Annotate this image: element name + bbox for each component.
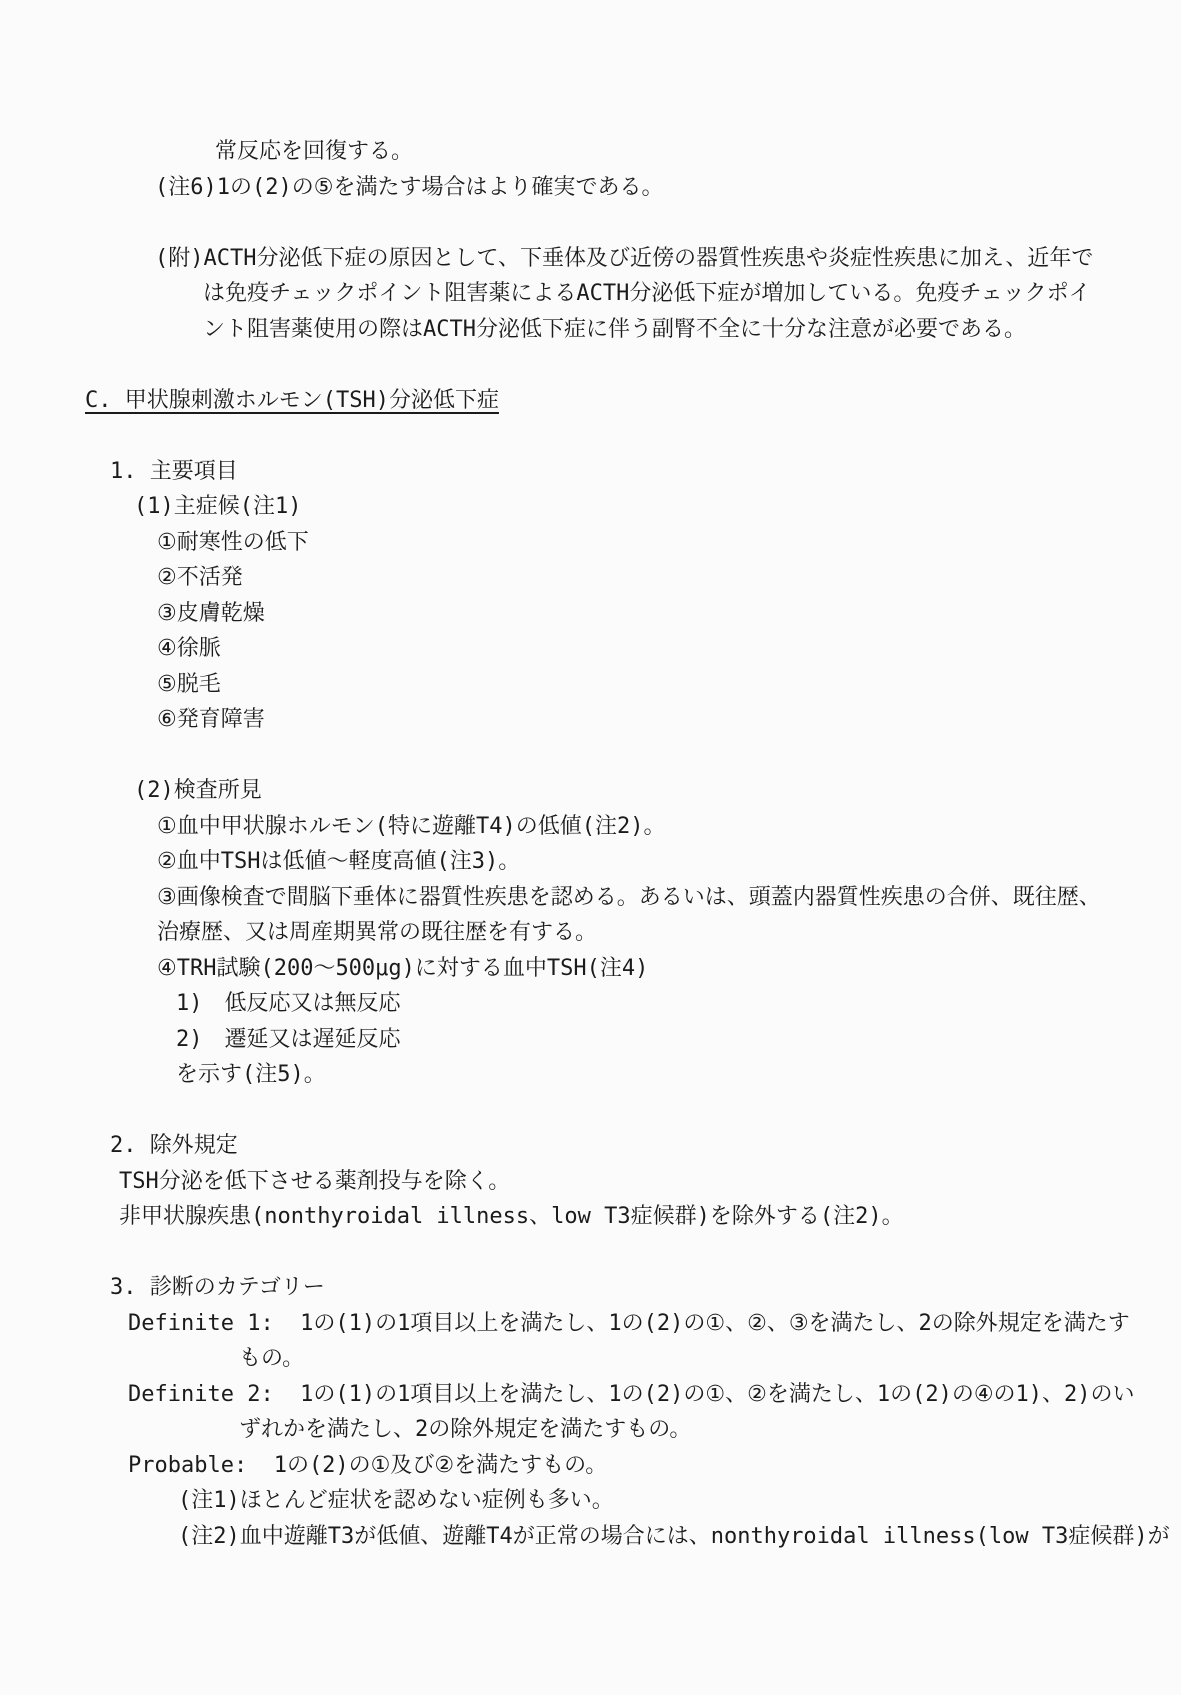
document-line: 2. 除外規定 [0,1128,1181,1164]
document-line: (附)ACTH分泌低下症の原因として、下垂体及び近傍の器質性疾患や炎症性疾患に加… [0,241,1181,277]
line-text: 治療歴、又は周産期異常の既往歴を有する。 [157,920,597,945]
blank-line [0,1093,1181,1129]
document-line: TSH分泌を低下させる薬剤投与を除く。 [0,1164,1181,1200]
line-text: 非甲状腺疾患(nonthyroidal illness、low T3症候群)を除… [119,1204,904,1229]
line-text: Probable: 1の(2)の①及び②を満たすもの。 [128,1453,607,1478]
document-line: 1) 低反応又は無反応 [0,986,1181,1022]
section-heading-text: C. 甲状腺刺激ホルモン(TSH)分泌低下症 [85,388,499,413]
section-heading: C. 甲状腺刺激ホルモン(TSH)分泌低下症 [0,383,1181,419]
line-text: (注1)ほとんど症状を認めない症例も多い。 [178,1488,614,1513]
document-line: ント阻害薬使用の際はACTH分泌低下症に伴う副腎不全に十分な注意が必要である。 [0,312,1181,348]
document-line: ②不活発 [0,560,1181,596]
line-text: ント阻害薬使用の際はACTH分泌低下症に伴う副腎不全に十分な注意が必要である。 [203,317,1026,342]
line-text: ずれかを満たし、2の除外規定を満たすもの。 [239,1417,691,1442]
line-text: 1) 低反応又は無反応 [176,991,401,1016]
line-text: ④徐脈 [157,636,221,661]
line-text: 1. 主要項目 [110,459,238,484]
document-line: 非甲状腺疾患(nonthyroidal illness、low T3症候群)を除… [0,1199,1181,1235]
document-line: ⑥発育障害 [0,702,1181,738]
line-text: ⑤脱毛 [157,672,221,697]
document-line: 治療歴、又は周産期異常の既往歴を有する。 [0,915,1181,951]
line-text: 2) 遷延又は遅延反応 [176,1027,401,1052]
blank-line [0,738,1181,774]
line-text: ②不活発 [157,565,243,590]
document-body: 常反応を回復する。(注6)1の(2)の⑤を満たす場合はより確実である。(附)AC… [0,134,1181,1554]
document-line: ずれかを満たし、2の除外規定を満たすもの。 [0,1412,1181,1448]
line-text: Definite 1: 1の(1)の1項目以上を満たし、1の(2)の①、②、③を… [128,1311,1130,1336]
line-text: ④TRH試験(200〜500μg)に対する血中TSH(注4) [157,956,648,981]
line-text: を示す(注5)。 [176,1062,326,1087]
line-text: (1)主症候(注1) [134,494,301,519]
document-line: 1. 主要項目 [0,454,1181,490]
document-line: 3. 診断のカテゴリー [0,1270,1181,1306]
document-line: を示す(注5)。 [0,1057,1181,1093]
line-text: 常反応を回復する。 [215,139,413,164]
blank-line [0,1235,1181,1271]
blank-line [0,418,1181,454]
document-line: ②血中TSHは低値〜軽度高値(注3)。 [0,844,1181,880]
document-line: は免疫チェックポイント阻害薬によるACTH分泌低下症が増加している。免疫チェック… [0,276,1181,312]
line-text: ③皮膚乾燥 [157,601,265,626]
line-text: ③画像検査で間脳下垂体に器質性疾患を認める。あるいは、頭蓋内器質性疾患の合併、既… [157,885,1101,910]
document-line: ④徐脈 [0,631,1181,667]
document-line: Probable: 1の(2)の①及び②を満たすもの。 [0,1448,1181,1484]
document-line: ③画像検査で間脳下垂体に器質性疾患を認める。あるいは、頭蓋内器質性疾患の合併、既… [0,880,1181,916]
line-text: (注2)血中遊離T3が低値、遊離T4が正常の場合には、nonthyroidal … [178,1524,1170,1549]
line-text: (2)検査所見 [134,778,262,803]
document-line: (注1)ほとんど症状を認めない症例も多い。 [0,1483,1181,1519]
document-line: ④TRH試験(200〜500μg)に対する血中TSH(注4) [0,951,1181,987]
document-line: ③皮膚乾燥 [0,596,1181,632]
line-text: ①血中甲状腺ホルモン(特に遊離T4)の低値(注2)。 [157,814,665,839]
document-line: 常反応を回復する。 [0,134,1181,170]
line-text: Definite 2: 1の(1)の1項目以上を満たし、1の(2)の①、②を満た… [128,1382,1135,1407]
document-page: 常反応を回復する。(注6)1の(2)の⑤を満たす場合はより確実である。(附)AC… [0,0,1181,1695]
document-line: 2) 遷延又は遅延反応 [0,1022,1181,1058]
line-text: ②血中TSHは低値〜軽度高値(注3)。 [157,849,520,874]
document-line: Definite 2: 1の(1)の1項目以上を満たし、1の(2)の①、②を満た… [0,1377,1181,1413]
document-line: (注2)血中遊離T3が低値、遊離T4が正常の場合には、nonthyroidal … [0,1519,1181,1555]
blank-line [0,347,1181,383]
line-text: は免疫チェックポイント阻害薬によるACTH分泌低下症が増加している。免疫チェック… [203,281,1091,306]
document-line: ①耐寒性の低下 [0,525,1181,561]
document-line: (1)主症候(注1) [0,489,1181,525]
blank-line [0,205,1181,241]
line-text: ⑥発育障害 [157,707,265,732]
document-line: もの。 [0,1341,1181,1377]
line-text: (注6)1の(2)の⑤を満たす場合はより確実である。 [155,175,663,200]
line-text: もの。 [239,1346,304,1371]
document-line: (注6)1の(2)の⑤を満たす場合はより確実である。 [0,170,1181,206]
line-text: (附)ACTH分泌低下症の原因として、下垂体及び近傍の器質性疾患や炎症性疾患に加… [155,246,1093,271]
document-line: ⑤脱毛 [0,667,1181,703]
document-line: (2)検査所見 [0,773,1181,809]
line-text: 2. 除外規定 [110,1133,238,1158]
line-text: ①耐寒性の低下 [157,530,309,555]
line-text: 3. 診断のカテゴリー [110,1275,325,1300]
line-text: TSH分泌を低下させる薬剤投与を除く。 [119,1169,510,1194]
document-line: ①血中甲状腺ホルモン(特に遊離T4)の低値(注2)。 [0,809,1181,845]
document-line: Definite 1: 1の(1)の1項目以上を満たし、1の(2)の①、②、③を… [0,1306,1181,1342]
